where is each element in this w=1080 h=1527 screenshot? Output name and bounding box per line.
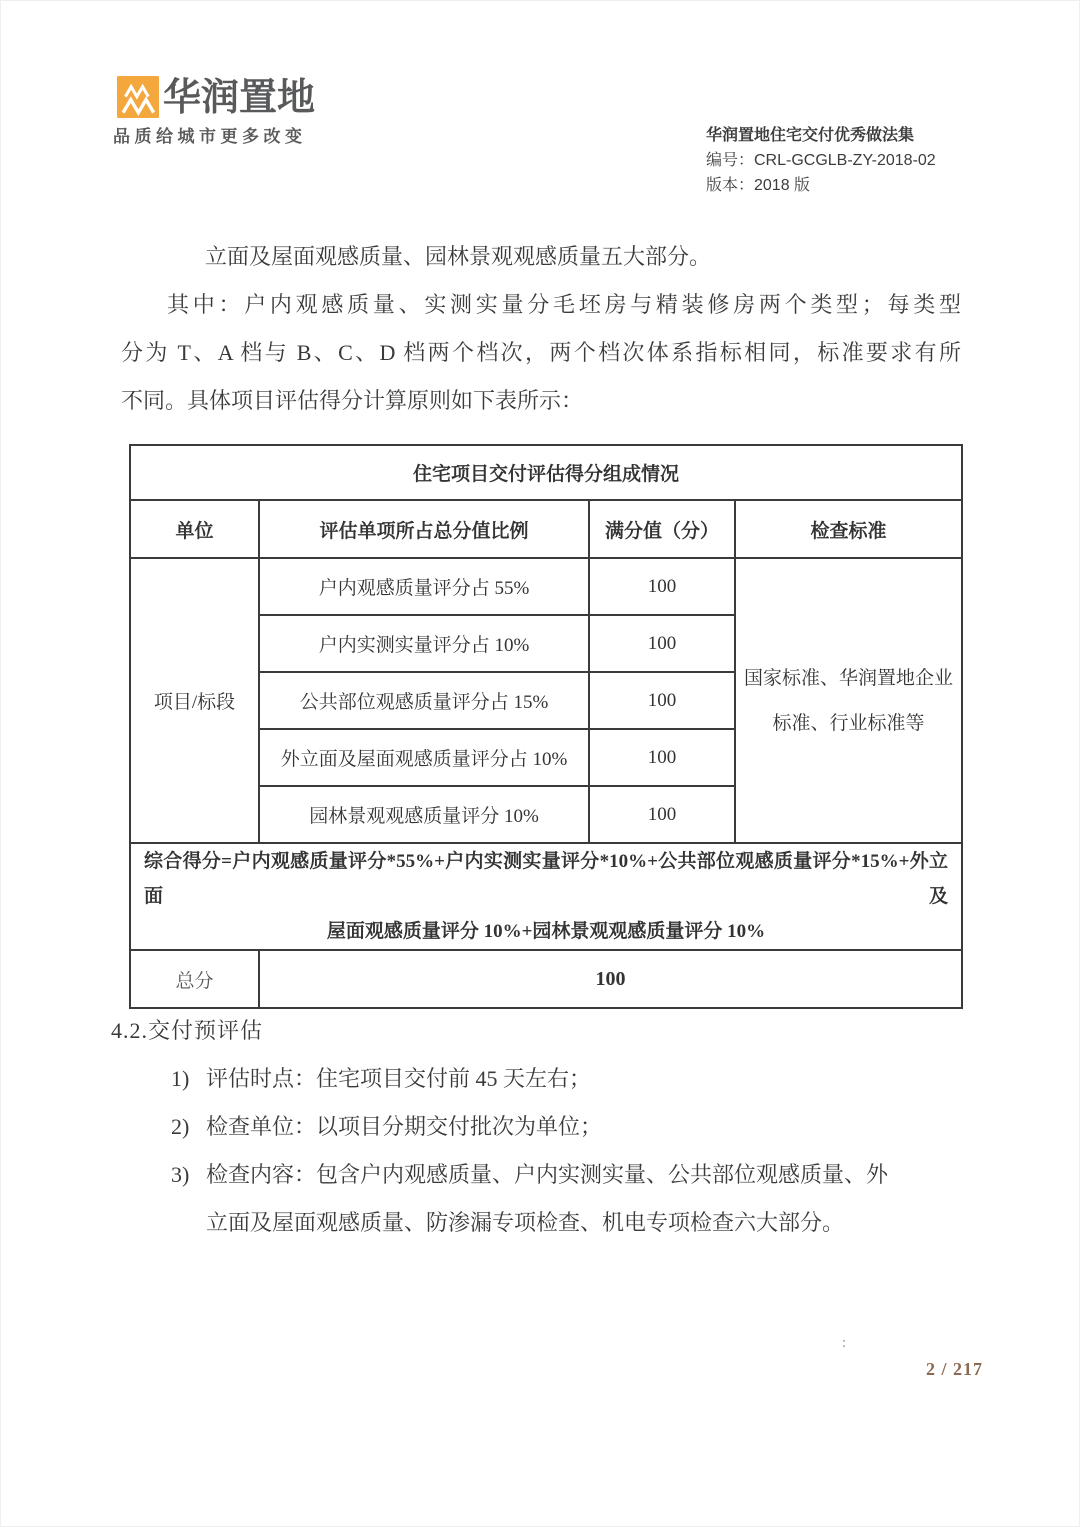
doc-version: 版本：2018 版 [706,173,936,198]
list-item: 1)评估时点：住宅项目交付前 45 天左右； [111,1055,971,1103]
list-item-text: 评估时点：住宅项目交付前 45 天左右； [206,1066,591,1091]
list-item: 3)检查内容：包含户内观感质量、户内实测实量、公共部位观感质量、外 [111,1151,971,1199]
table-header-row: 单位 评估单项所占总分值比例 满分值（分） 检查标准 [130,500,962,558]
list-marker: 1) [171,1055,206,1103]
column-header: 检查标准 [735,500,962,558]
formula-cell: 综合得分=户内观感质量评分*55%+户内实测实量评分*10%+公共部位观感质量评… [130,843,962,950]
standard-cell: 国家标准、华润置地企业标准、行业标准等 [735,558,962,843]
doc-title: 华润置地住宅交付优秀做法集 [706,123,936,148]
section-4-2: 4.2.交付预评估 1)评估时点：住宅项目交付前 45 天左右； 2)检查单位：… [111,1007,971,1247]
intro-paragraphs: 立面及屋面观感质量、园林景观观感质量五大部分。 其中：户内观感质量、实测实量分毛… [121,233,961,425]
score-cell: 100 [589,558,735,615]
item-cell: 外立面及屋面观感质量评分占 10% [259,729,589,786]
list-item: 2)检查单位：以项目分期交付批次为单位； [111,1103,971,1151]
list-item-text: 检查单位：以项目分期交付批次为单位； [206,1114,602,1139]
formula-line: 综合得分=户内观感质量评分*55%+户内实测实量评分*10%+公共部位观感质量评… [144,844,948,914]
footer-mark: : [842,1335,846,1352]
score-cell: 100 [589,786,735,843]
list-marker: 3) [171,1151,206,1199]
paragraph-line: 立面及屋面观感质量、园林景观观感质量五大部分。 [121,233,961,281]
doc-info: 华润置地住宅交付优秀做法集 编号：CRL-GCGLB-ZY-2018-02 版本… [706,123,936,198]
document-page: 华润置地 品质给城市更多改变 华润置地住宅交付优秀做法集 编号：CRL-GCGL… [0,0,1080,1527]
list-item-text: 检查内容：包含户内观感质量、户内实测实量、公共部位观感质量、外 [206,1162,888,1187]
formula-row: 综合得分=户内观感质量评分*55%+户内实测实量评分*10%+公共部位观感质量评… [130,843,962,950]
list-marker: 2) [171,1103,206,1151]
total-row: 总分 100 [130,950,962,1008]
score-cell: 100 [589,615,735,672]
column-header: 单位 [130,500,259,558]
paragraph-line: 不同。具体项目评估得分计算原则如下表所示： [121,377,961,425]
column-header: 评估单项所占总分值比例 [259,500,589,558]
list-item-continuation: 立面及屋面观感质量、防渗漏专项检查、机电专项检查六大部分。 [111,1199,971,1247]
doc-code: 编号：CRL-GCGLB-ZY-2018-02 [706,148,936,173]
formula-line: 屋面观感质量评分 10%+园林景观观感质量评分 10% [144,914,948,949]
paragraph-line: 分为 T、A 档与 B、C、D 档两个档次，两个档次体系指标相同，标准要求有所 [121,329,961,377]
item-cell: 户内观感质量评分占 55% [259,558,589,615]
unit-cell: 项目/标段 [130,558,259,843]
item-cell: 园林景观观感质量评分 10% [259,786,589,843]
score-cell: 100 [589,729,735,786]
item-cell: 户内实测实量评分占 10% [259,615,589,672]
column-header: 满分值（分） [589,500,735,558]
page-indicator: 2 / 217 [926,1359,983,1380]
score-cell: 100 [589,672,735,729]
table-title: 住宅项目交付评估得分组成情况 [130,445,962,500]
total-label: 总分 [130,950,259,1008]
paragraph-line: 其中：户内观感质量、实测实量分毛坯房与精装修房两个类型；每类型 [121,281,961,329]
table-row: 项目/标段 户内观感质量评分占 55% 100 国家标准、华润置地企业标准、行业… [130,558,962,615]
section-heading: 4.2.交付预评估 [111,1007,971,1055]
table-title-row: 住宅项目交付评估得分组成情况 [130,445,962,500]
total-value: 100 [259,950,962,1008]
mountains-icon [117,76,159,118]
item-cell: 公共部位观感质量评分占 15% [259,672,589,729]
score-composition-table: 住宅项目交付评估得分组成情况 单位 评估单项所占总分值比例 满分值（分） 检查标… [129,444,963,1009]
brand-name: 华润置地 [163,77,315,119]
brand-tagline: 品质给城市更多改变 [113,127,307,147]
